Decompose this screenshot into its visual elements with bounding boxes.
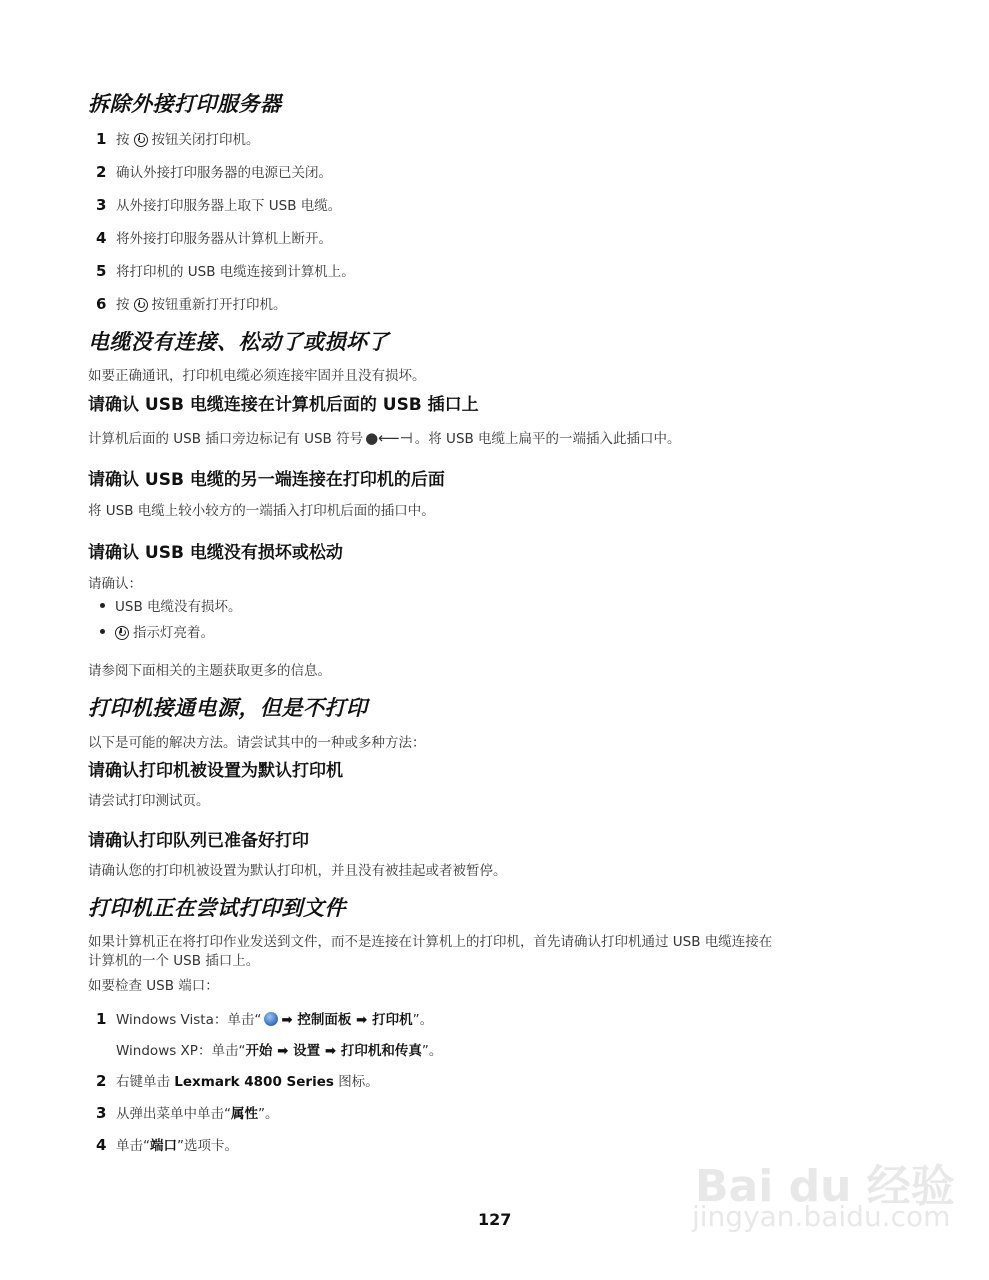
subheading-usb-printer: 请确认 USB 电缆的另一端连接在打印机的后面 — [88, 465, 445, 490]
power-icon — [134, 133, 148, 147]
step-1-xp: Windows XP：单击“开始 ➡ 设置 ➡ 打印机和传真”。 — [116, 1039, 442, 1059]
paragraph: 请确认： — [88, 572, 142, 592]
step-number: 4 — [96, 1136, 116, 1154]
step-text: ”。 — [422, 1043, 443, 1059]
step-text: 从弹出菜单中单击“ — [116, 1106, 231, 1122]
step-number: 6 — [96, 295, 116, 313]
step-text: 将打印机的 USB 电缆连接到计算机上。 — [116, 264, 355, 280]
step-number: 4 — [96, 229, 116, 247]
step-number: 3 — [96, 196, 116, 214]
section-intro: 以下是可能的解决方法。请尝试其中的一种或多种方法： — [88, 731, 426, 751]
step-text: 将外接打印服务器从计算机上断开。 — [116, 231, 332, 247]
printer-name: Lexmark 4800 Series — [174, 1074, 334, 1090]
step-6: 6按按钮重新打开打印机。 — [96, 293, 287, 313]
step-1-vista: 1Windows Vista：单击“➡ 控制面板 ➡ 打印机”。 — [96, 1008, 433, 1028]
bullet-icon — [100, 629, 105, 634]
step-text: ”选项卡。 — [177, 1138, 238, 1154]
menu-item-name: 属性 — [231, 1106, 258, 1122]
tab-name: 端口 — [150, 1138, 177, 1154]
step-2: 2确认外接打印服务器的电源已关闭。 — [96, 161, 332, 181]
step-text: ”。 — [258, 1106, 279, 1122]
section-title-cable: 电缆没有连接、松动了或损坏了 — [88, 326, 389, 356]
step-text: 按 — [116, 132, 130, 148]
step-text: ”。 — [413, 1012, 434, 1028]
step-number: 2 — [96, 1072, 116, 1090]
step-text: 确认外接打印服务器的电源已关闭。 — [116, 165, 332, 181]
step-number: 3 — [96, 1104, 116, 1122]
bullet-text: 指示灯亮着。 — [133, 625, 214, 641]
paragraph: 如要检查 USB 端口： — [88, 974, 219, 994]
power-icon — [134, 298, 148, 312]
subheading-default-printer: 请确认打印机被设置为默认打印机 — [88, 756, 343, 781]
power-icon — [115, 626, 129, 640]
section-title-not-printing: 打印机接通电源，但是不打印 — [88, 692, 368, 722]
step-text: 单击“ — [116, 1138, 150, 1154]
page-number: 127 — [478, 1210, 511, 1229]
step-text: 从外接打印服务器上取下 USB 电缆。 — [116, 198, 341, 214]
menu-path: ➡ 控制面板 ➡ 打印机 — [281, 1012, 412, 1028]
step-3: 3从外接打印服务器上取下 USB 电缆。 — [96, 194, 341, 214]
bullet-icon — [100, 603, 105, 608]
usb-icon: ●⟵⊣ — [365, 429, 413, 447]
step-4: 4单击“端口”选项卡。 — [96, 1134, 238, 1154]
paragraph: 计算机的一个 USB 插口上。 — [88, 949, 259, 969]
paragraph: 请确认您的打印机被设置为默认打印机，并且没有被挂起或者被暂停。 — [88, 859, 507, 879]
paragraph: 请尝试打印测试页。 — [88, 789, 210, 809]
step-text: 按 — [116, 297, 130, 313]
step-number: 1 — [96, 1010, 116, 1028]
paragraph: 将 USB 电缆上较小较方的一端插入打印机后面的插口中。 — [88, 499, 435, 519]
bullet-item: USB 电缆没有损坏。 — [100, 595, 242, 615]
bullet-text: USB 电缆没有损坏。 — [115, 599, 242, 615]
step-text: 按钮重新打开打印机。 — [152, 297, 287, 313]
step-3: 3从弹出菜单中单击“属性”。 — [96, 1102, 279, 1122]
subheading-print-queue: 请确认打印队列已准备好打印 — [88, 826, 309, 851]
step-text: 图标。 — [334, 1074, 379, 1090]
paragraph-usb-symbol: 计算机后面的 USB 插口旁边标记有 USB 符号●⟵⊣。将 USB 电缆上扁平… — [88, 427, 681, 447]
baidu-watermark-url: jingyan.baidu.com — [692, 1200, 950, 1233]
subheading-usb-computer: 请确认 USB 电缆连接在计算机后面的 USB 插口上 — [88, 390, 479, 415]
step-5: 5将打印机的 USB 电缆连接到计算机上。 — [96, 260, 355, 280]
step-text: 按钮关闭打印机。 — [152, 132, 260, 148]
step-text: Windows Vista：单击“ — [116, 1012, 261, 1028]
windows-start-icon — [264, 1012, 278, 1026]
step-number: 2 — [96, 163, 116, 181]
section-title-remove-print-server: 拆除外接打印服务器 — [88, 88, 282, 118]
section-title-print-to-file: 打印机正在尝试打印到文件 — [88, 892, 346, 922]
step-number: 5 — [96, 262, 116, 280]
step-number: 1 — [96, 130, 116, 148]
paragraph-text: 。将 USB 电缆上扁平的一端插入此插口中。 — [415, 431, 681, 447]
subheading-usb-damage: 请确认 USB 电缆没有损坏或松动 — [88, 538, 343, 563]
section-intro: 如要正确通讯，打印机电缆必须连接牢固并且没有损坏。 — [88, 364, 426, 384]
step-text: Windows XP：单击“ — [116, 1043, 245, 1059]
paragraph: 如果计算机正在将打印作业发送到文件，而不是连接在计算机上的打印机，首先请确认打印… — [88, 930, 772, 950]
step-1: 1按按钮关闭打印机。 — [96, 128, 260, 148]
bullet-item: 指示灯亮着。 — [100, 621, 214, 641]
step-2: 2右键单击 Lexmark 4800 Series 图标。 — [96, 1070, 379, 1090]
menu-path: 开始 ➡ 设置 ➡ 打印机和传真 — [245, 1043, 421, 1059]
step-text: 右键单击 — [116, 1074, 174, 1090]
paragraph: 请参阅下面相关的主题获取更多的信息。 — [88, 659, 331, 679]
step-4: 4将外接打印服务器从计算机上断开。 — [96, 227, 332, 247]
paragraph-text: 计算机后面的 USB 插口旁边标记有 USB 符号 — [88, 431, 363, 447]
